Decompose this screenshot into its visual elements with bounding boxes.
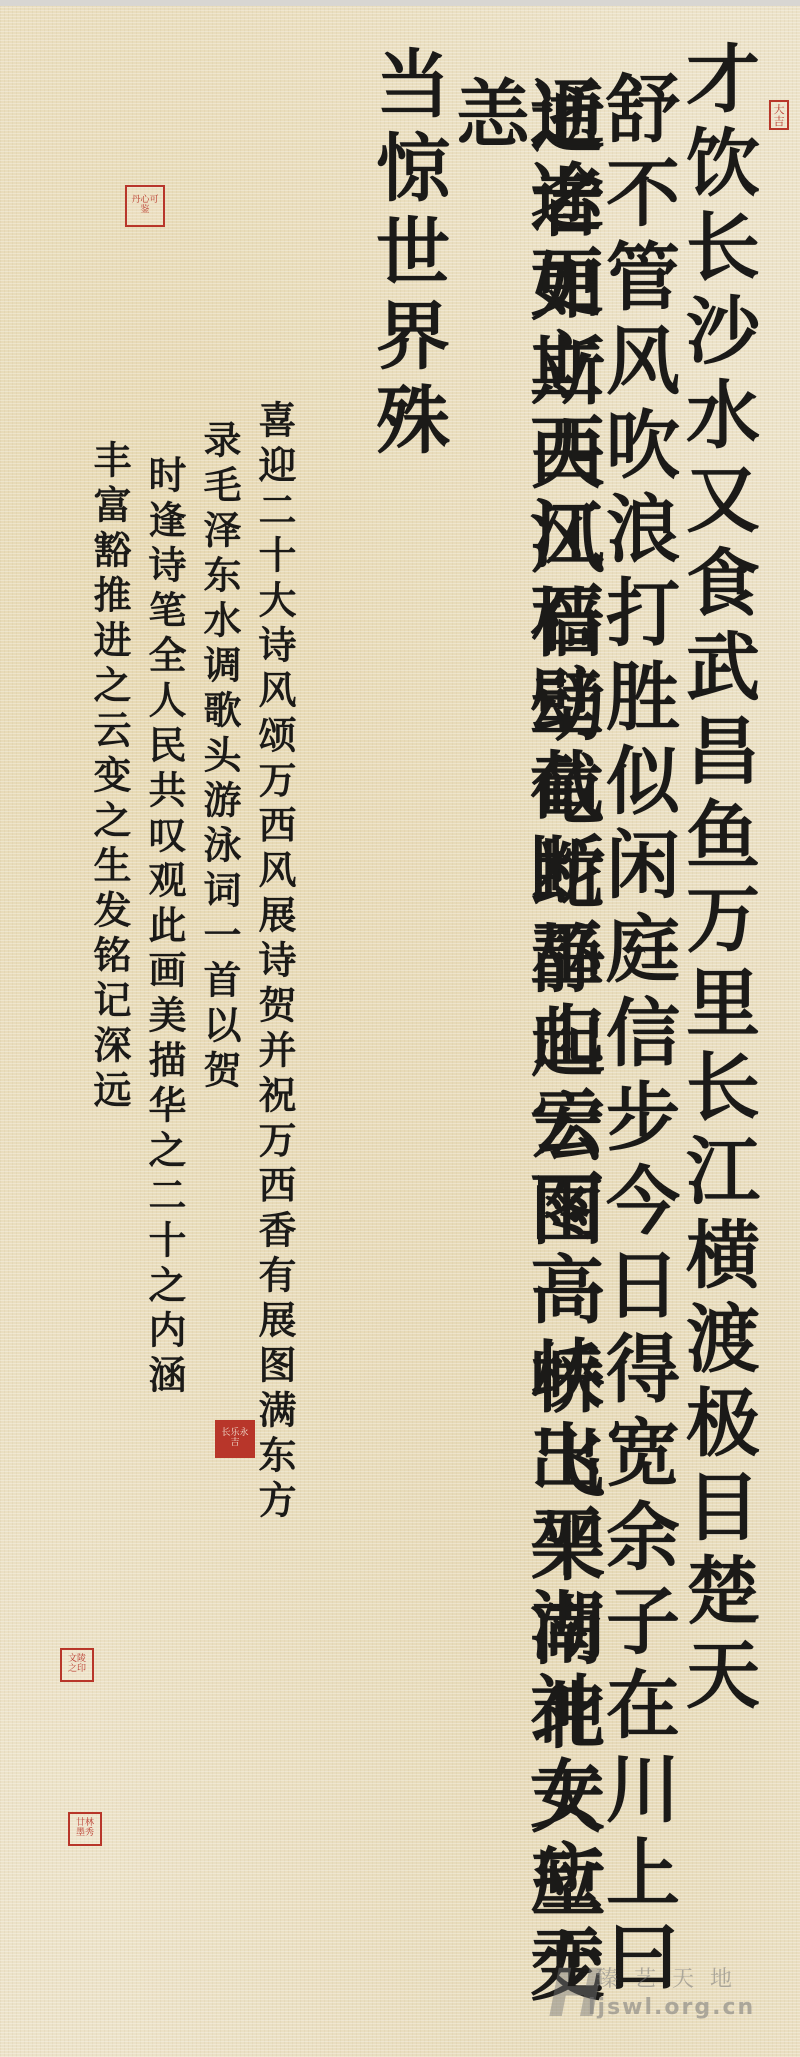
main-column-1: 才饮长沙水又食武昌鱼万里长江横渡极目楚天 [680,40,754,1720]
main-column-5: 当惊世界殊 [370,45,444,465]
inscription-column-1: 喜迎二十大诗风颂万西风展诗贺并祝万西香有展图满东方 [255,400,293,1525]
watermark-url: ljswl.org.cn [588,1995,755,2020]
leisure-seal-left: 丹心可鉴 [125,185,165,227]
name-seal-1: 文陵之印 [60,1648,94,1682]
mid-seal: 长乐永吉 [215,1420,255,1458]
name-seal-2: 廿林墨秀 [68,1812,102,1846]
inscription-column-2: 录毛泽东水调歌头游泳词一首以贺 [200,420,238,1095]
main-column-4: 通途更立西江石壁截断巫山云雨高峡出平湖神女应无恙 [450,75,598,2057]
watermark-logo-icon: H [548,1955,603,2032]
inscription-column-4: 丰富豁推进之云变之生发铭记深远 [90,440,128,1115]
main-column-2: 舒不管风吹浪打胜似闲庭信步今日得宽余子在川上曰 [600,70,674,2002]
top-right-seal: 大吉 [769,100,789,130]
watermark-chinese: 臻艺天地 [596,1962,748,1993]
inscription-column-3: 时逢诗笔全人民共叹观此画美描华之二十之内涵 [145,455,183,1400]
